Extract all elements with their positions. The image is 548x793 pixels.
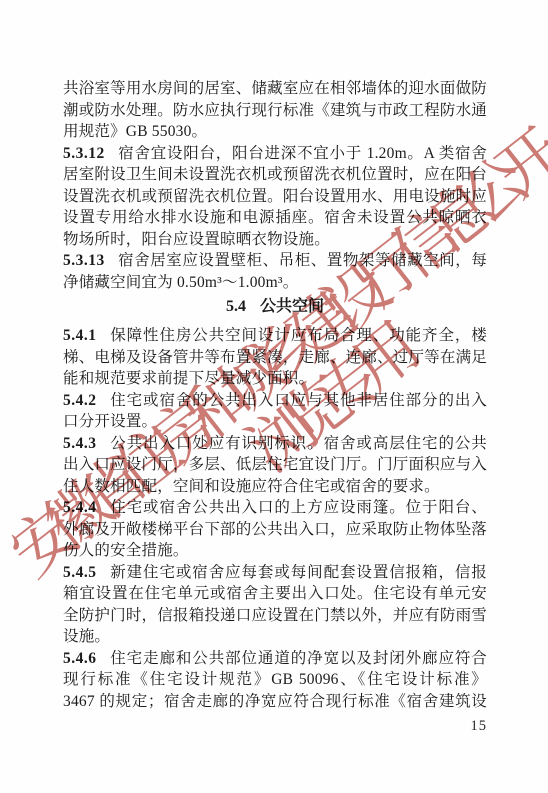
text-line: 出入口应设门厅，多层、低层住宅宜设门厅。门厅面积应与入 xyxy=(63,454,487,476)
text-line: 设施。 xyxy=(63,626,487,648)
clause-line: 5.3.12宿舍宜设阳台，阳台进深不宜小于 1.20m。A 类宿舍 xyxy=(63,143,487,165)
text-line: 净储藏空间宜为 0.50m³～1.00m³。 xyxy=(63,272,487,294)
text-line: 全防护门时，信报箱投递口应设置在门禁以外，并应有防雨雪 xyxy=(63,605,487,627)
text-line: 箱宜设置在住宅单元或宿舍主要出入口处。住宅设有单元安 xyxy=(63,583,487,605)
text-block: 共浴室等用水房间的居室、储藏室应在相邻墙体的迎水面做防潮或防水处理。防水应执行现… xyxy=(63,78,487,712)
clause-number: 5.4.5 xyxy=(63,564,97,581)
text-line: 3467 的规定；宿舍走廊的净宽应符合现行标准《宿舍建筑设计 xyxy=(63,691,487,713)
clause-number: 5.4.3 xyxy=(63,435,97,452)
clause-line: 5.4.5新建住宅或宿舍应每套或每间配套设置信报箱，信报 xyxy=(63,562,487,584)
text-line: 口分开设置。 xyxy=(63,411,487,433)
text-line: 设置专用给水排水设施和电源插座。宿舍未设置公共晾晒衣 xyxy=(63,207,487,229)
clause-line: 5.4.2住宅或宿舍的公共出入口应与其他非居住部分的出入 xyxy=(63,390,487,412)
section-heading-number: 5.4 xyxy=(226,298,246,315)
text-line: 用规范》GB 55030。 xyxy=(63,121,487,143)
section-heading-title: 公共空间 xyxy=(260,298,324,315)
clause-number: 5.4.4 xyxy=(63,499,97,516)
clause-line: 5.4.6住宅走廊和公共部位通道的净宽以及封闭外廊应符合 xyxy=(63,648,487,670)
section-heading: 5.4公共空间 xyxy=(63,296,487,318)
clause-line: 5.4.4住宅或宿舍公共出入口的上方应设雨篷。位于阳台、 xyxy=(63,497,487,519)
text-line: 共浴室等用水房间的居室、储藏室应在相邻墙体的迎水面做防 xyxy=(63,78,487,100)
text-line: 外廊及开敞楼梯平台下部的公共出入口，应采取防止物体坠落 xyxy=(63,519,487,541)
page-number: 15 xyxy=(63,718,487,735)
clause-line: 5.4.1保障性住房公共空间设计应布局合理、功能齐全，楼 xyxy=(63,325,487,347)
text-line: 居室附设卫生间未设置洗衣机或预留洗衣机位置时，应在阳台 xyxy=(63,164,487,186)
text-line: 潮或防水处理。防水应执行现行标准《建筑与市政工程防水通 xyxy=(63,100,487,122)
text-line: 住人数相匹配，空间和设施应符合住宅或宿舍的要求。 xyxy=(63,476,487,498)
document-page: 安徽省住房和城乡建设厅信息公开 浏览专用 共浴室等用水房间的居室、储藏室应在相邻… xyxy=(0,0,548,793)
text-line: 物场所时，阳台应设置晾晒衣物设施。 xyxy=(63,229,487,251)
clause-number: 5.3.12 xyxy=(63,145,105,162)
clause-line: 5.3.13宿舍居室应设置壁柜、吊柜、置物架等储藏空间，每人 xyxy=(63,250,487,272)
clause-number: 5.4.1 xyxy=(63,327,97,344)
clause-line: 5.4.3公共出入口处应有识别标识。宿舍或高层住宅的公共 xyxy=(63,433,487,455)
clause-number: 5.4.6 xyxy=(63,650,97,667)
clause-number: 5.4.2 xyxy=(63,392,97,409)
text-line: 设置洗衣机或预留洗衣机位置。阳台设置用水、用电设施时应 xyxy=(63,186,487,208)
text-line: 梯、电梯及设备管井等布置紧凑，走廊、连廊、过厅等在满足功 xyxy=(63,347,487,369)
text-line: 现行标准《住宅设计规范》GB 50096、《住宅设计标准》DB34/T xyxy=(63,669,487,691)
text-line: 能和规范要求前提下尽量减少面积。 xyxy=(63,368,487,390)
clause-number: 5.3.13 xyxy=(63,252,105,269)
text-line: 伤人的安全措施。 xyxy=(63,540,487,562)
